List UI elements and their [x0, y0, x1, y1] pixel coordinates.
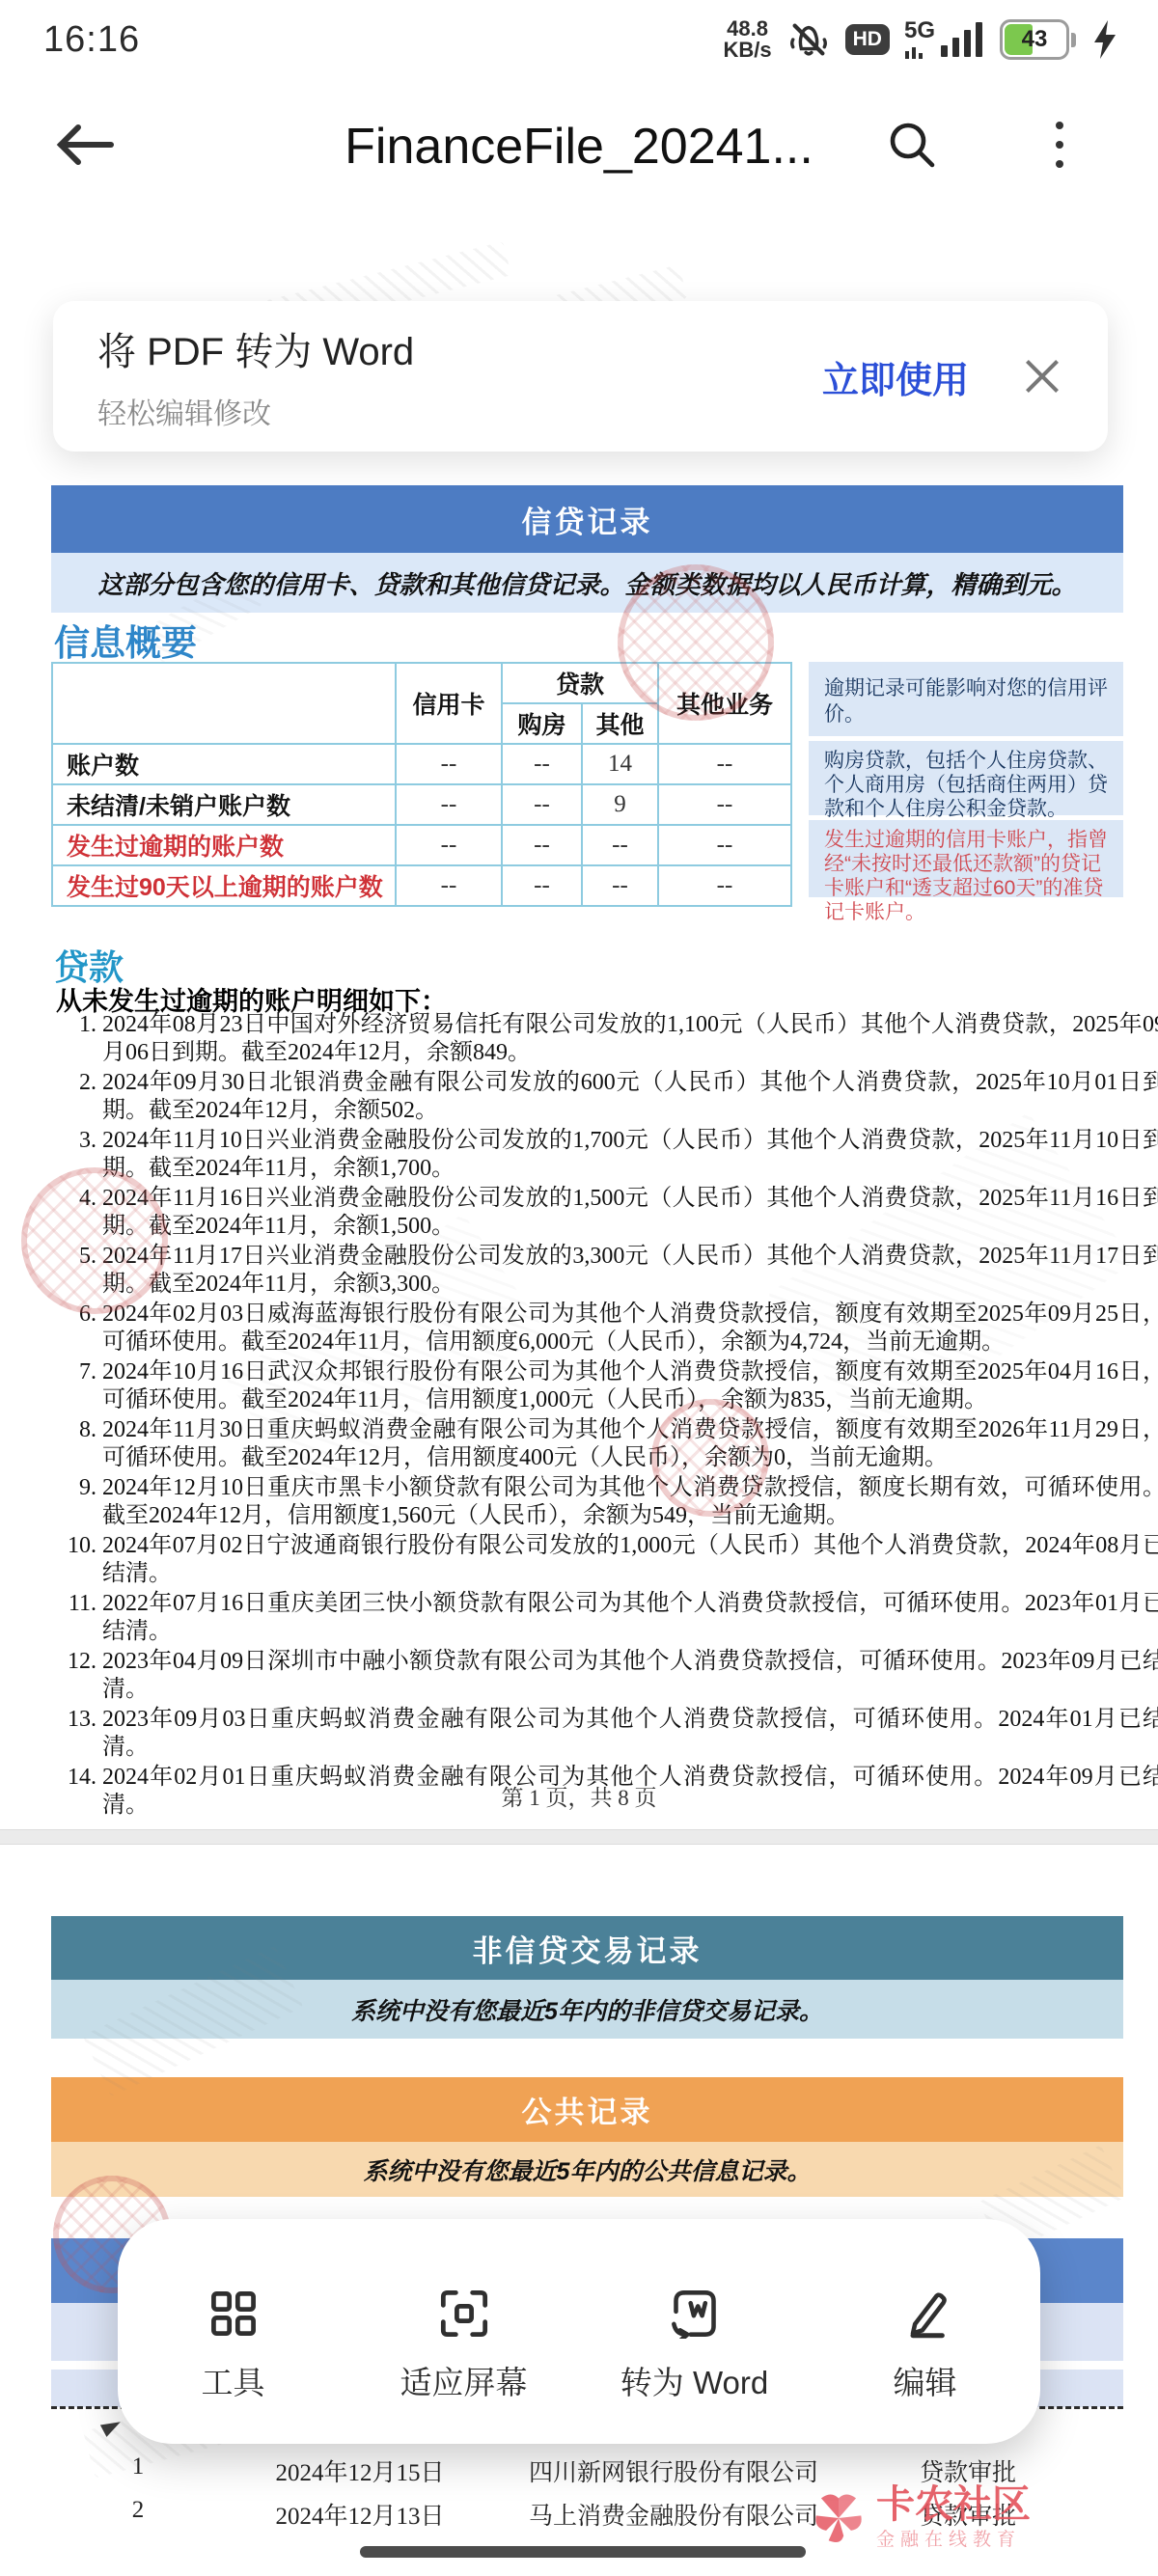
fit-screen-label: 适应屏幕 — [400, 2358, 528, 2403]
battery-icon: 43 — [1000, 19, 1069, 60]
loan-item: 2023年09月03日重庆蚂蚁消费金融有限公司为其他个人消费贷款授信，可循环使用… — [102, 1706, 1158, 1762]
tools-label: 工具 — [202, 2358, 265, 2403]
note-box: 逾期记录可能影响对您的信用评价。 — [809, 662, 1123, 736]
table-row-overdue-90: 发生过90天以上逾期的账户数 -- -- -- -- — [52, 865, 791, 906]
loan-item: 2023年04月09日深圳市中融小额贷款有限公司为其他个人消费贷款授信，可循环使… — [102, 1648, 1158, 1704]
tools-button[interactable]: 工具 — [137, 2288, 330, 2403]
brand-subtitle: 金融在线教育 — [876, 2525, 1031, 2551]
brand-watermark: 卡农社区 金融在线教育 — [809, 2484, 1031, 2551]
home-indicator[interactable] — [360, 2546, 806, 2558]
note-box: 购房贷款，包括个人住房贷款、个人商用房（包括商住两用）贷款和个人住房公积金贷款。 — [809, 741, 1123, 815]
red-seal-stamp — [21, 1167, 168, 1314]
red-seal-stamp — [618, 564, 774, 721]
signal-bars-icon — [939, 20, 985, 59]
non-credit-header: 非信贷交易记录 — [51, 1916, 1123, 1980]
public-record-body: 系统中没有您最近5年内的公共信息记录。 — [51, 2142, 1123, 2197]
fit-screen-button[interactable]: 适应屏幕 — [368, 2288, 561, 2403]
charging-bolt-icon — [1090, 19, 1119, 60]
status-bar: 16:16 48.8 KB/s HD 5G — [0, 0, 1158, 77]
col-loan-house: 购房 — [502, 703, 582, 744]
table-row: 未结清/未销户账户数 -- -- 9 -- — [52, 784, 791, 825]
query-row: 1 2024年12月15日 四川新网银行股份有限公司 贷款审批 — [51, 2453, 1123, 2484]
public-record-header: 公共记录 — [51, 2077, 1123, 2142]
edit-label: 编辑 — [894, 2358, 957, 2403]
loan-item: 2024年12月10日重庆市黑卡小额贷款有限公司为其他个人消费贷款授信，额度长期… — [102, 1474, 1158, 1530]
convert-word-button[interactable]: 转为 Word — [598, 2288, 791, 2403]
red-seal-stamp — [651, 1399, 769, 1517]
note-box-red: 发生过逾期的信用卡账户，指曾经“未按时还最低还款额”的贷记卡账户和“透支超过60… — [809, 820, 1123, 897]
use-now-button[interactable]: 立即使用 — [822, 350, 969, 403]
fit-screen-icon — [439, 2288, 489, 2339]
grid-icon — [208, 2288, 259, 2339]
word-doc-icon — [670, 2288, 720, 2339]
battery-indicator: 43 — [1000, 19, 1076, 60]
loan-item: 2024年09月30日北银消费金融有限公司发放的600元（人民币）其他个人消费贷… — [102, 1069, 1158, 1125]
bottom-sheet-toolbar: 工具 适应屏幕 转为 Word 编辑 — [118, 2219, 1040, 2444]
banner-title: 将 PDF 转为 Word — [97, 321, 822, 376]
more-menu-button[interactable] — [1021, 106, 1098, 183]
page-break — [0, 1829, 1158, 1845]
banner-subtitle: 轻松编辑修改 — [97, 390, 822, 432]
convert-word-label: 转为 Word — [620, 2358, 768, 2403]
table-row-overdue: 发生过逾期的账户数 -- -- -- -- — [52, 825, 791, 865]
col-credit-card: 信用卡 — [396, 663, 502, 744]
brand-title: 卡农社区 — [876, 2484, 1031, 2525]
table-row: 账户数 -- -- 14 -- — [52, 744, 791, 784]
clock: 16:16 — [43, 19, 140, 61]
loan-item: 2022年07月16日重庆美团三快小额贷款有限公司为其他个人消费贷款授信，可循环… — [102, 1590, 1158, 1646]
loan-list: 2024年08月23日中国对外经济贸易信托有限公司发放的1,100元（人民币）其… — [56, 1011, 1158, 1822]
kebab-icon — [1056, 122, 1063, 168]
hd-badge: HD — [845, 24, 890, 55]
page-number: 第 1 页，共 8 页 — [0, 1780, 1158, 1812]
credit-section-header: 信贷记录 — [51, 485, 1123, 553]
loan-item: 2024年08月23日中国对外经济贸易信托有限公司发放的1,100元（人民币）其… — [102, 1011, 1158, 1067]
col-loan-other: 其他 — [582, 703, 658, 744]
close-icon[interactable] — [1015, 349, 1069, 403]
edit-button[interactable]: 编辑 — [829, 2288, 1022, 2403]
signal-icon: 5G — [904, 20, 985, 59]
app-bar: FinanceFile_20241... — [0, 77, 1158, 241]
loan-item: 2024年07月02日宁波通商银行股份有限公司发放的1,000元（人民币）其他个… — [102, 1532, 1158, 1588]
brand-logo-icon — [809, 2488, 868, 2548]
mute-icon — [786, 17, 831, 62]
pencil-icon — [900, 2288, 951, 2339]
document-title: FinanceFile_20241... — [0, 118, 1158, 176]
network-speed: 48.8 KB/s — [724, 18, 772, 61]
phone-screen: 16:16 48.8 KB/s HD 5G — [0, 0, 1158, 2576]
search-button[interactable] — [873, 106, 951, 183]
pdf-to-word-banner[interactable]: 将 PDF 转为 Word 轻松编辑修改 立即使用 — [53, 301, 1108, 452]
